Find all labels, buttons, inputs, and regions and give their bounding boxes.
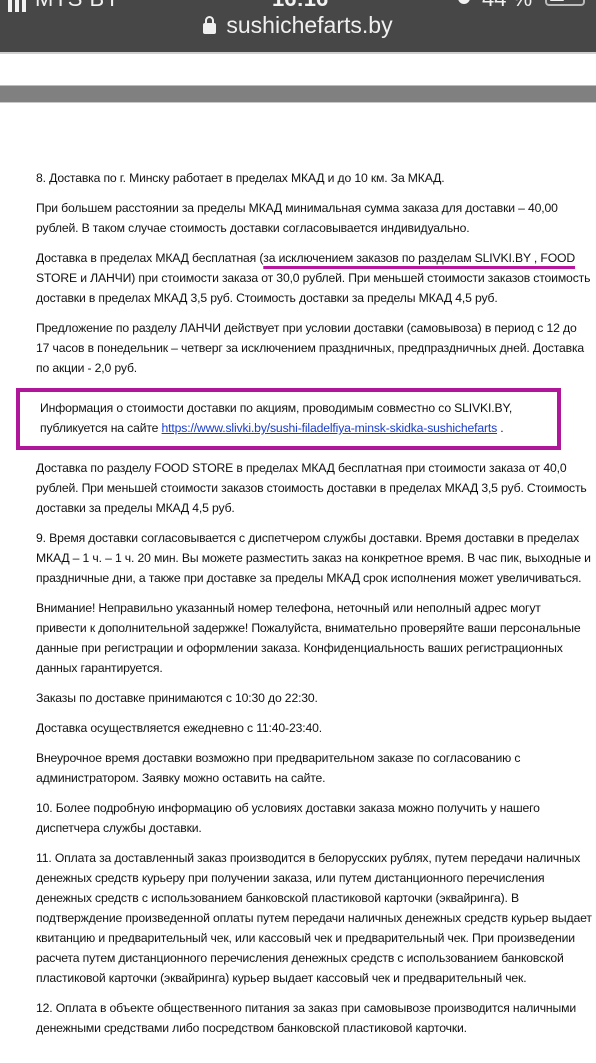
address-bar[interactable]: sushichefarts.by bbox=[0, 12, 596, 39]
signal-icon bbox=[15, 0, 19, 12]
paragraph-delivery-time: 9. Время доставки согласовывается с дисп… bbox=[36, 528, 592, 588]
carrier-name: MTS BY bbox=[35, 0, 120, 12]
paragraph-order-hours: Заказы по доставке принимаются с 10:30 д… bbox=[36, 688, 592, 708]
battery-icon bbox=[545, 0, 585, 6]
page-header-band bbox=[0, 85, 596, 103]
signal-icon bbox=[8, 0, 12, 12]
delivery-terms: 8. Доставка по г. Минску работает в пред… bbox=[36, 168, 592, 1048]
battery-fill bbox=[550, 0, 564, 1]
status-bar: MTS BY 16:16 44 % bbox=[0, 0, 596, 12]
paragraph-lunch-offer: Предложение по разделу ЛАНЧИ действует п… bbox=[36, 318, 592, 378]
divider bbox=[0, 52, 596, 54]
paragraph-free-delivery: Доставка в пределах МКАД бесплатная (за … bbox=[36, 248, 592, 308]
lock-icon bbox=[203, 23, 216, 34]
paragraph-payment-pickup: 12. Оплата в объекте общественного питан… bbox=[36, 998, 592, 1038]
signal-icon bbox=[22, 0, 26, 12]
browser-top-bar: MTS BY 16:16 44 % sushichefarts.by bbox=[0, 0, 596, 52]
highlighted-slivki-info: Информация о стоимости доставки по акция… bbox=[16, 388, 561, 450]
carrier-indicator: MTS BY bbox=[8, 0, 120, 12]
slivki-link[interactable]: https://www.slivki.by/sushi-filadelfiya-… bbox=[162, 421, 498, 435]
highlighted-exception: за исключением заказов по разделам SLIVK… bbox=[263, 251, 575, 265]
paragraph-long-distance: При большем расстоянии за пределы МКАД м… bbox=[36, 198, 592, 238]
paragraph-food-store: Доставка по разделу FOOD STORE в предела… bbox=[36, 458, 592, 518]
paragraph-delivery-area: 8. Доставка по г. Минску работает в пред… bbox=[36, 168, 592, 188]
battery-percent: 44 % bbox=[482, 0, 532, 12]
paragraph-after-hours: Внеурочное время доставки возможно при п… bbox=[36, 748, 592, 788]
status-time: 16:16 bbox=[272, 0, 328, 12]
paragraph-more-info: 10. Более подробную информацию об услови… bbox=[36, 798, 592, 838]
paragraph-payment-delivery: 11. Оплата за доставленный заказ произво… bbox=[36, 848, 592, 988]
paragraph-warning: Внимание! Неправильно указанный номер те… bbox=[36, 598, 592, 678]
url-domain: sushichefarts.by bbox=[226, 12, 392, 38]
paragraph-delivery-hours: Доставка осуществляется ежедневно с 11:4… bbox=[36, 718, 592, 738]
orientation-lock-icon bbox=[458, 0, 470, 4]
